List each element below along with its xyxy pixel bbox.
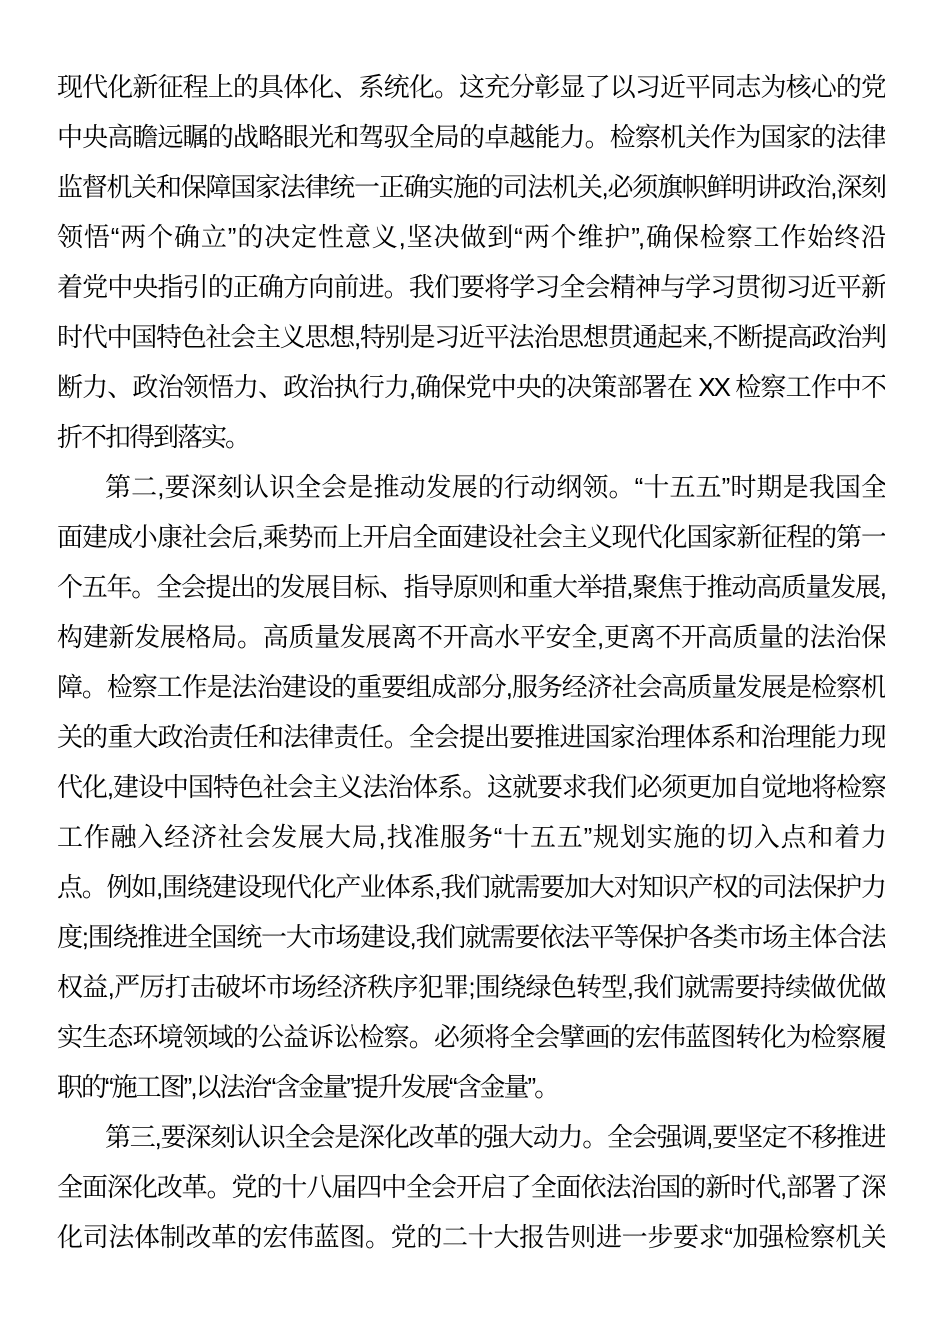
text-line: 工作融入经济社会发展大局,找准服务“十五五”规划实施的切入点和着力 — [57, 812, 885, 862]
text-line: 领悟“两个确立”的决定性意义,坚决做到“两个维护”,确保检察工作始终沿 — [57, 212, 885, 262]
text-line: 个五年。全会提出的发展目标、指导原则和重大举措,聚焦于推动高质量发展, — [57, 562, 885, 612]
text-line: 构建新发展格局。高质量发展离不开高水平安全,更离不开高质量的法治保 — [57, 612, 885, 662]
text-line: 化司法体制改革的宏伟蓝图。党的二十大报告则进一步要求“加强检察机关 — [57, 1212, 885, 1262]
paragraph: 第三,要深刻认识全会是深化改革的强大动力。全会强调,要坚定不移推进全面深化改革。… — [57, 1112, 885, 1262]
text-line: 监督机关和保障国家法律统一正确实施的司法机关,必须旗帜鲜明讲政治,深刻 — [57, 162, 885, 212]
text-line: 关的重大政治责任和法律责任。全会提出要推进国家治理体系和治理能力现 — [57, 712, 885, 762]
text-line: 第二,要深刻认识全会是推动发展的行动纲领。“十五五”时期是我国全 — [57, 462, 885, 512]
text-line: 第三,要深刻认识全会是深化改革的强大动力。全会强调,要坚定不移推进 — [57, 1112, 885, 1162]
text-line: 度;围绕推进全国统一大市场建设,我们就需要依法平等保护各类市场主体合法 — [57, 912, 885, 962]
text-line: 面建成小康社会后,乘势而上开启全面建设社会主义现代化国家新征程的第一 — [57, 512, 885, 562]
text-line: 代化,建设中国特色社会主义法治体系。这就要求我们必须更加自觉地将检察 — [57, 762, 885, 812]
text-line: 职的“施工图”,以法治“含金量”提升发展“含金量”。 — [57, 1062, 885, 1112]
text-line: 全面深化改革。党的十八届四中全会开启了全面依法治国的新时代,部署了深 — [57, 1162, 885, 1212]
paragraph: 现代化新征程上的具体化、系统化。这充分彰显了以习近平同志为核心的党中央高瞻远瞩的… — [57, 62, 885, 462]
text-line: 折不扣得到落实。 — [57, 412, 885, 462]
document-page: 现代化新征程上的具体化、系统化。这充分彰显了以习近平同志为核心的党中央高瞻远瞩的… — [0, 0, 950, 1344]
document-text: 现代化新征程上的具体化、系统化。这充分彰显了以习近平同志为核心的党中央高瞻远瞩的… — [57, 62, 885, 1262]
text-line: 断力、政治领悟力、政治执行力,确保党中央的决策部署在 XX 检察工作中不 — [57, 362, 885, 412]
text-line: 点。例如,围绕建设现代化产业体系,我们就需要加大对知识产权的司法保护力 — [57, 862, 885, 912]
text-line: 权益,严厉打击破坏市场经济秩序犯罪;围绕绿色转型,我们就需要持续做优做 — [57, 962, 885, 1012]
text-line: 时代中国特色社会主义思想,特别是习近平法治思想贯通起来,不断提高政治判 — [57, 312, 885, 362]
text-line: 现代化新征程上的具体化、系统化。这充分彰显了以习近平同志为核心的党 — [57, 62, 885, 112]
text-line: 障。检察工作是法治建设的重要组成部分,服务经济社会高质量发展是检察机 — [57, 662, 885, 712]
paragraph: 第二,要深刻认识全会是推动发展的行动纲领。“十五五”时期是我国全面建成小康社会后… — [57, 462, 885, 1112]
text-line: 中央高瞻远瞩的战略眼光和驾驭全局的卓越能力。检察机关作为国家的法律 — [57, 112, 885, 162]
text-line: 着党中央指引的正确方向前进。我们要将学习全会精神与学习贯彻习近平新 — [57, 262, 885, 312]
text-line: 实生态环境领域的公益诉讼检察。必须将全会擘画的宏伟蓝图转化为检察履 — [57, 1012, 885, 1062]
